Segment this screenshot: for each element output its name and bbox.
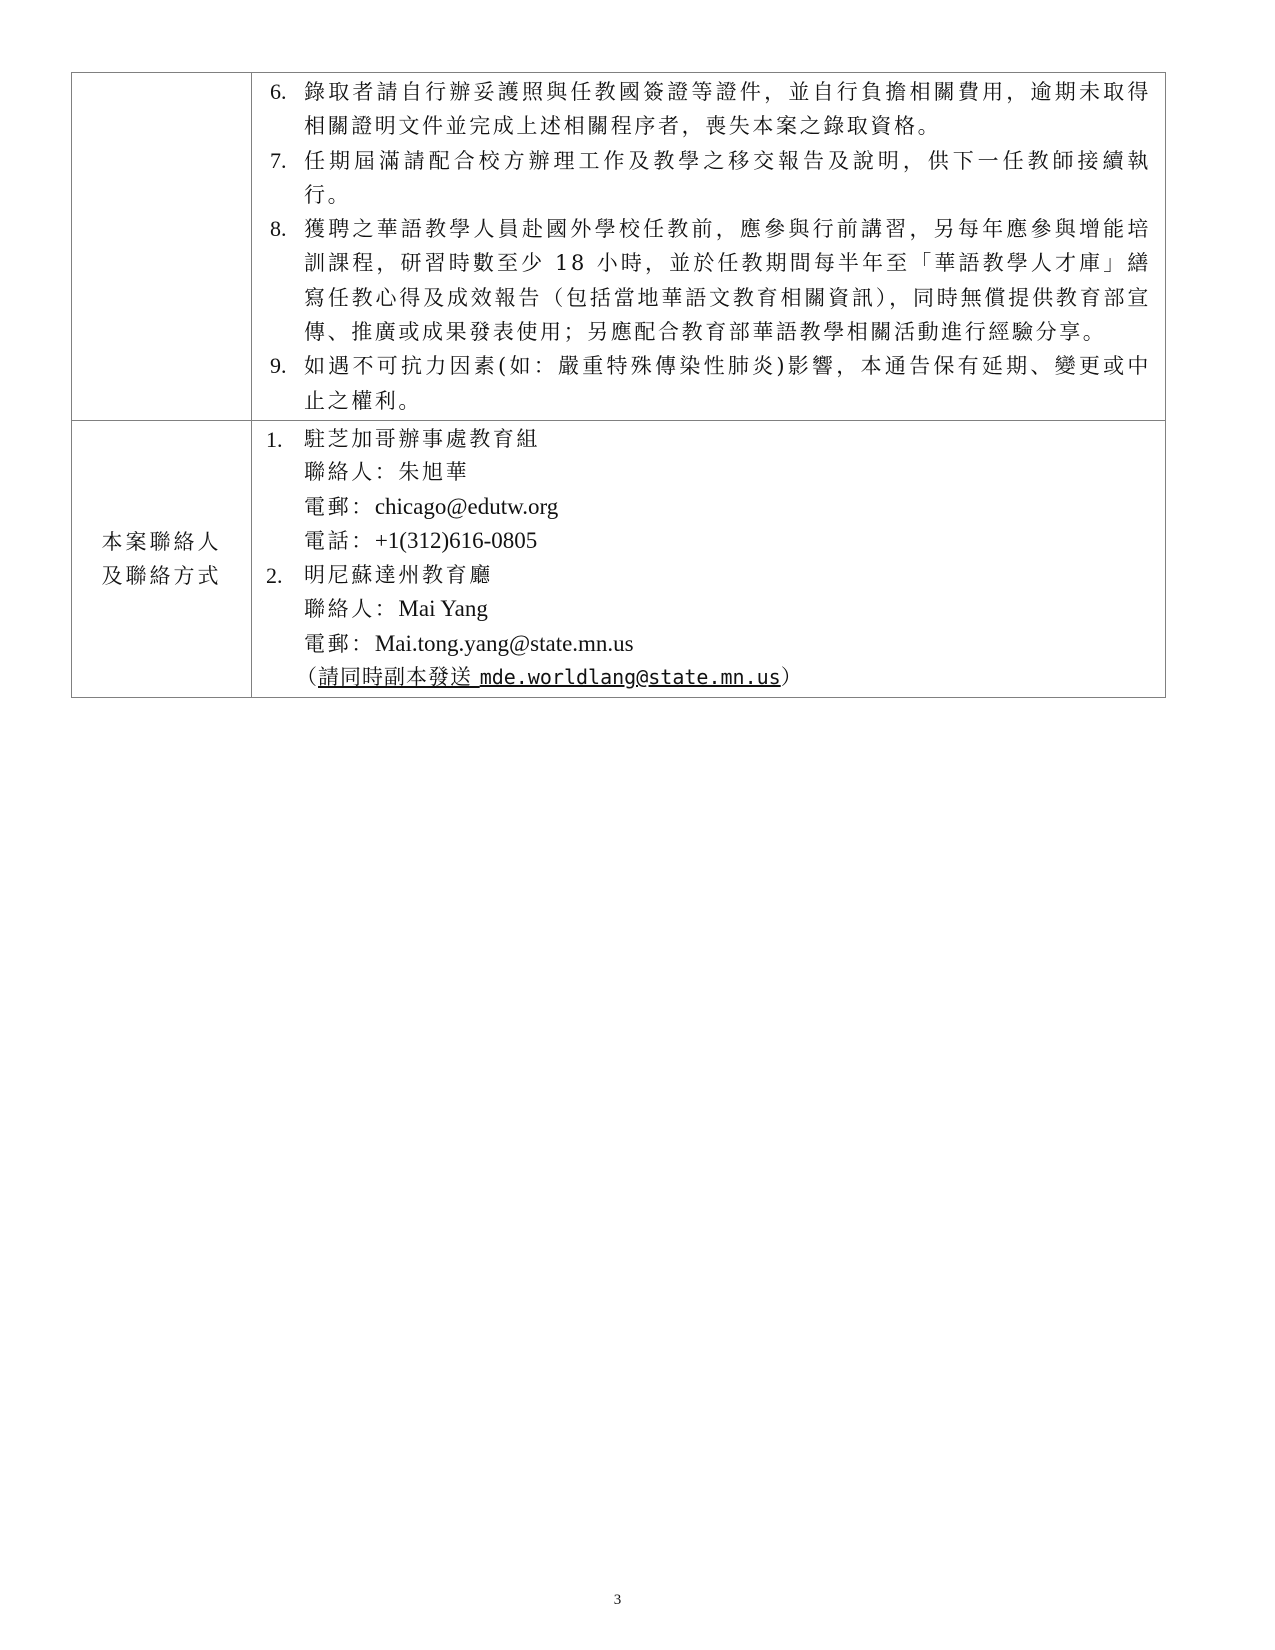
- item-number: 8.: [270, 212, 287, 246]
- contact-email-label: 電郵：: [304, 495, 375, 519]
- table-row-notes: 6. 錄取者請自行辦妥護照與任教國簽證等證件，並自行負擔相關費用，逾期未取得相關…: [72, 73, 1166, 421]
- list-item: 6. 錄取者請自行辦妥護照與任教國簽證等證件，並自行負擔相關費用，逾期未取得相關…: [270, 75, 1151, 144]
- contact-email-value[interactable]: chicago@edutw.org: [375, 494, 558, 519]
- list-item: 8. 獲聘之華語教學人員赴國外學校任教前，應參與行前講習，另每年應參與增能培訓課…: [270, 212, 1151, 349]
- contact-number: 1.: [266, 423, 283, 457]
- page-number: 3: [0, 1592, 1235, 1609]
- contact-email: 電郵：Mai.tong.yang@state.mn.us: [270, 627, 1151, 662]
- table-row-contacts: 本案聯絡人 及聯絡方式 1. 駐芝加哥辦事處教育組 聯絡人：朱旭華 電郵：chi…: [72, 420, 1166, 697]
- cc-note: （請同時副本發送 mde.worldlang@state.mn.us）: [270, 661, 1151, 695]
- item-number: 9.: [270, 349, 287, 383]
- contact-phone-value: +1(312)616-0805: [375, 528, 537, 553]
- contact-org: 2. 明尼蘇達州教育廳: [270, 559, 1151, 593]
- row-label-line: 本案聯絡人: [72, 525, 251, 559]
- list-item: 9. 如遇不可抗力因素(如：嚴重特殊傳染性肺炎)影響，本通告保有延期、變更或中止…: [270, 349, 1151, 418]
- cc-note-text: 請同時副本發送: [318, 665, 480, 689]
- item-number: 6.: [270, 75, 287, 109]
- contacts-cell: 1. 駐芝加哥辦事處教育組 聯絡人：朱旭華 電郵：chicago@edutw.o…: [252, 420, 1166, 697]
- contact-phone-label: 電話：: [304, 529, 375, 553]
- contact-person: 聯絡人：Mai Yang: [270, 592, 1151, 627]
- item-text: 如遇不可抗力因素(如：嚴重特殊傳染性肺炎)影響，本通告保有延期、變更或中止之權利…: [304, 349, 1151, 418]
- contact-person-value: Mai Yang: [398, 596, 487, 621]
- contact-email-label: 電郵：: [304, 632, 375, 656]
- contact-org-name: 明尼蘇達州教育廳: [304, 563, 493, 587]
- cc-note-close: ）: [781, 665, 803, 689]
- contact-person-label: 聯絡人：: [304, 460, 398, 484]
- contact-person: 聯絡人：朱旭華: [270, 456, 1151, 490]
- contact-number: 2.: [266, 559, 283, 593]
- contact-chicago: 1. 駐芝加哥辦事處教育組 聯絡人：朱旭華 電郵：chicago@edutw.o…: [270, 423, 1151, 559]
- contact-email: 電郵：chicago@edutw.org: [270, 490, 1151, 525]
- row-label-empty: [72, 73, 252, 421]
- row-label-line: 及聯絡方式: [72, 559, 251, 593]
- cc-email-link[interactable]: mde.worldlang@state.mn.us: [480, 665, 781, 689]
- cc-note-open: （: [296, 665, 318, 689]
- contact-person-label: 聯絡人：: [304, 597, 398, 621]
- requirements-table: 6. 錄取者請自行辦妥護照與任教國簽證等證件，並自行負擔相關費用，逾期未取得相關…: [71, 72, 1166, 698]
- contact-email-value[interactable]: Mai.tong.yang@state.mn.us: [375, 631, 634, 656]
- contact-org-name: 駐芝加哥辦事處教育組: [304, 427, 540, 451]
- contact-phone: 電話：+1(312)616-0805: [270, 524, 1151, 559]
- notes-cell: 6. 錄取者請自行辦妥護照與任教國簽證等證件，並自行負擔相關費用，逾期未取得相關…: [252, 73, 1166, 421]
- contact-minnesota: 2. 明尼蘇達州教育廳 聯絡人：Mai Yang 電郵：Mai.tong.yan…: [270, 559, 1151, 695]
- contacts-label-cell: 本案聯絡人 及聯絡方式: [72, 420, 252, 697]
- contact-person-value: 朱旭華: [398, 460, 469, 484]
- item-text: 獲聘之華語教學人員赴國外學校任教前，應參與行前講習，另每年應參與增能培訓課程，研…: [304, 212, 1151, 349]
- item-text: 錄取者請自行辦妥護照與任教國簽證等證件，並自行負擔相關費用，逾期未取得相關證明文…: [304, 75, 1151, 144]
- contact-org: 1. 駐芝加哥辦事處教育組: [270, 423, 1151, 457]
- item-number: 7.: [270, 144, 287, 178]
- list-item: 7. 任期屆滿請配合校方辦理工作及教學之移交報告及說明，供下一任教師接續執行。: [270, 144, 1151, 213]
- item-text: 任期屆滿請配合校方辦理工作及教學之移交報告及說明，供下一任教師接續執行。: [304, 144, 1151, 213]
